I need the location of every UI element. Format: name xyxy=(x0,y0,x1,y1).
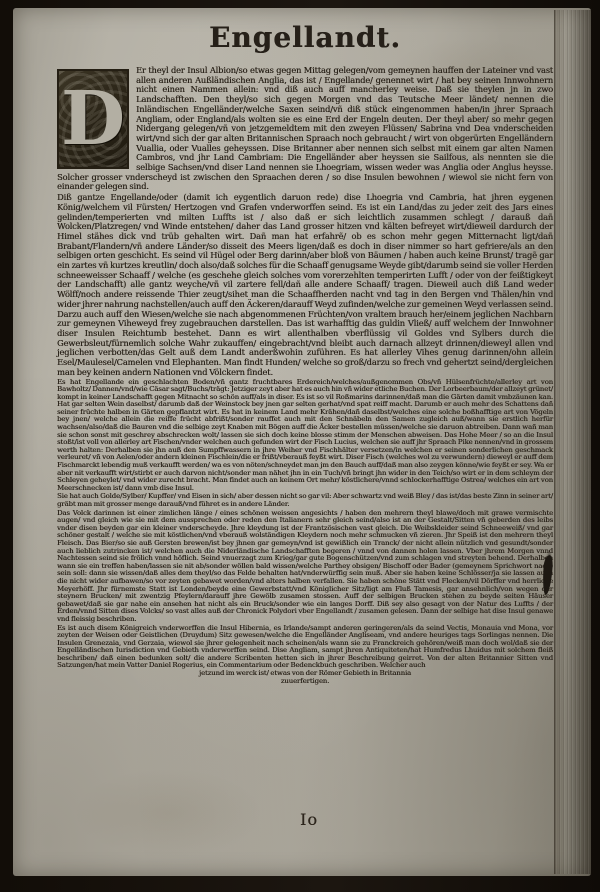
page-title: Engellandt. xyxy=(57,21,553,54)
paragraph-1: D Er theyl der Insul Albion/so etwas geg… xyxy=(57,66,553,192)
paragraph-6: Es ist auch disem Königreich vnderworffe… xyxy=(57,625,553,686)
quire-signature: Io xyxy=(300,810,318,829)
paragraph-6-tail-line-2: zuuerfertigen. xyxy=(57,678,553,686)
paragraph-4: Sie hat auch Golde/Sylber/ Kupffer/ vnd … xyxy=(57,493,553,508)
initial-letter: D xyxy=(61,82,125,156)
ornate-initial-woodcut: D xyxy=(57,69,129,169)
paragraph-2: Diß gantze Engellande/oder (damit ich ey… xyxy=(57,193,553,377)
book-page-photo: Engellandt. D Er theyl der Insul Albion/… xyxy=(0,0,600,892)
text-block: Engellandt. D Er theyl der Insul Albion/… xyxy=(57,21,553,686)
paragraph-6-text: Es ist auch disem Königreich vnderworffe… xyxy=(57,624,553,670)
book-fore-edge xyxy=(554,10,591,874)
paragraph-3: Es hat Engellande ein geschlachten Boden… xyxy=(57,379,553,493)
paper-stain xyxy=(73,768,263,858)
parchment-page: Engellandt. D Er theyl der Insul Albion/… xyxy=(13,8,591,876)
paragraph-5: Das Volck darinnen ist einer zimlichen l… xyxy=(57,510,553,624)
paragraph-1-text: Er theyl der Insul Albion/so etwas gegen… xyxy=(57,65,553,191)
